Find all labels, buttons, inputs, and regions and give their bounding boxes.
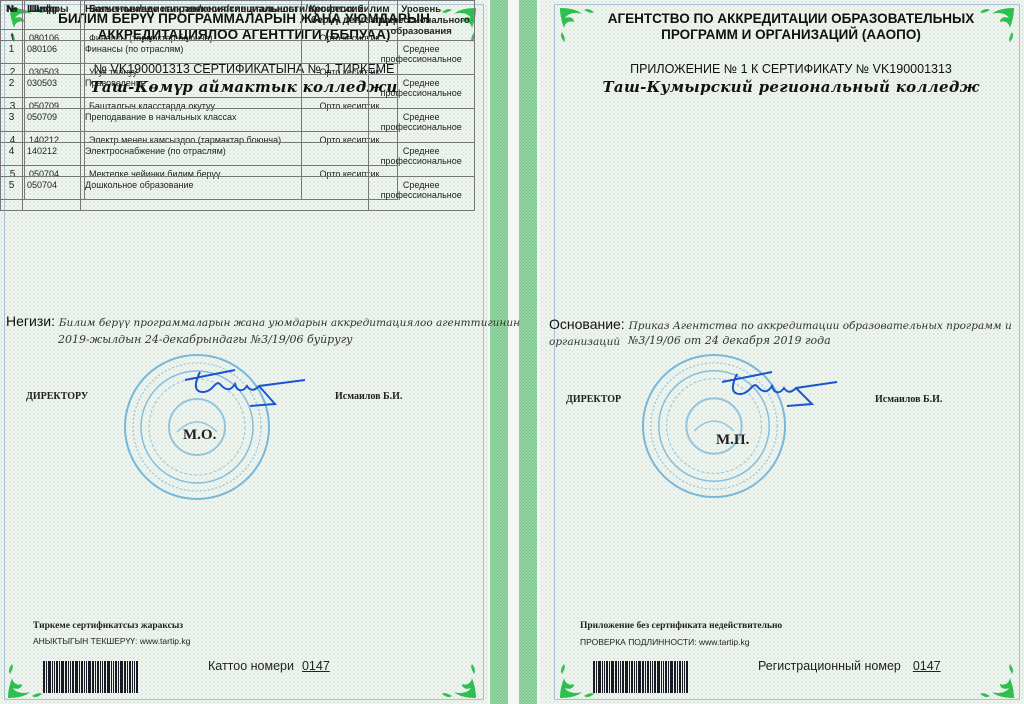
- barcode-bar: [598, 661, 601, 693]
- floral-corner-icon: [440, 662, 480, 702]
- barcode-bar: [56, 661, 58, 693]
- barcode-bar: [46, 661, 47, 693]
- specialties-table: № Шифр Наименование направления/специаль…: [0, 0, 475, 211]
- table-row: 3050709Преподавание в начальных классахС…: [1, 109, 475, 143]
- barcode-bar: [654, 661, 656, 693]
- barcode-icon: [593, 661, 689, 693]
- cell-code: 050709: [23, 109, 81, 143]
- basis-text-line2: 2019-жылдын 24-декабрындагы №3/19/06 буй…: [58, 333, 353, 346]
- seal-label: М.О.: [183, 427, 216, 444]
- barcode-bar: [111, 661, 112, 693]
- barcode-bar: [615, 661, 617, 693]
- director-name: Исмаилов Б.И.: [335, 391, 402, 402]
- barcode-bar: [650, 661, 651, 693]
- barcode-bar: [629, 661, 630, 693]
- signature-icon: [712, 364, 852, 419]
- table-row: 1080106Финансы (по отраслям)Среднее проф…: [1, 41, 475, 75]
- barcode-bar: [100, 661, 101, 693]
- director-name: Исмаилов Б.И.: [875, 394, 942, 405]
- barcode-bar: [668, 661, 669, 693]
- college-name: Таш-Кумырский региональный колледж: [540, 78, 1024, 96]
- barcode-bar: [88, 661, 91, 693]
- cell-level: Среднее профессиональное: [368, 75, 474, 109]
- barcode-bar: [684, 661, 685, 693]
- barcode-bar: [132, 661, 133, 693]
- director-title: ДИРЕКТОР: [566, 394, 621, 405]
- barcode-bar: [602, 661, 603, 693]
- barcode-bar: [97, 661, 99, 693]
- barcode-bar: [124, 661, 126, 693]
- cell-code: 140212: [23, 143, 81, 177]
- barcode-bar: [75, 661, 78, 693]
- verification-link[interactable]: ПРОВЕРКА ПОДЛИННОСТИ: www.tartip.kg: [580, 637, 750, 647]
- barcode-bar: [665, 661, 667, 693]
- col-name: Наименование направления/специальности/п…: [81, 1, 369, 41]
- basis-text: Билим берүү программаларын жана уюмдарын…: [59, 317, 520, 329]
- director-title: ДИРЕКТОРУ: [26, 391, 88, 402]
- cell-code: 080106: [23, 41, 81, 75]
- barcode-bar: [61, 661, 64, 693]
- barcode-bar: [631, 661, 633, 693]
- cell-level: Среднее профессиональное: [368, 143, 474, 177]
- barcode-bar: [611, 661, 614, 693]
- barcode-bar: [647, 661, 649, 693]
- barcode-bar: [95, 661, 96, 693]
- basis-label: Основание:: [549, 316, 625, 332]
- cell-name: Преподавание в начальных классах: [81, 109, 369, 143]
- floral-corner-icon: [4, 662, 44, 702]
- cell-name: Финансы (по отраслям): [81, 41, 369, 75]
- cell-level: Среднее профессиональное: [368, 109, 474, 143]
- cell-level: Среднее профессиональное: [368, 177, 474, 211]
- barcode-bar: [65, 661, 67, 693]
- registration-number-value: 0147: [913, 659, 941, 673]
- cell-name: Правоведение: [81, 75, 369, 109]
- cell-number: 5: [1, 177, 23, 211]
- barcode-bar: [118, 661, 119, 693]
- registration-number: Регистрационный номер0147: [758, 659, 941, 673]
- security-strip-right: [519, 0, 537, 704]
- appendix-title: ПРИЛОЖЕНИЕ № 1 К СЕРТИФИКАТУ № VK1900013…: [540, 62, 1024, 76]
- barcode-bar: [593, 661, 595, 693]
- cell-code: 050704: [23, 177, 81, 211]
- verification-link[interactable]: АНЫКТЫГЫН ТЕКШЕРҮҮ: www.tartip.kg: [33, 636, 190, 646]
- seal-label: М.П.: [716, 432, 749, 449]
- barcode-bar: [657, 661, 660, 693]
- floral-corner-icon: [978, 662, 1018, 702]
- agency-name-line: АГЕНТСТВО ПО АККРЕДИТАЦИИ ОБРАЗОВАТЕЛЬНЫ…: [558, 11, 1024, 27]
- barcode-bar: [102, 661, 103, 693]
- barcode-bar: [634, 661, 635, 693]
- signature-icon: [175, 362, 315, 417]
- barcode-bar: [68, 661, 69, 693]
- cell-name: Электроснабжение (по отраслям): [81, 143, 369, 177]
- invalid-without-certificate-note: Приложение без сертификата недействитель…: [580, 621, 782, 631]
- barcode-bar: [636, 661, 637, 693]
- barcode-bar: [609, 661, 610, 693]
- cell-number: 4: [1, 143, 23, 177]
- barcode-bar: [686, 661, 688, 693]
- barcode-bar: [127, 661, 128, 693]
- registration-number: Каттоо номери0147: [208, 659, 330, 673]
- barcode-bar: [625, 661, 628, 693]
- floral-corner-icon: [556, 662, 596, 702]
- barcode-bar: [52, 661, 53, 693]
- barcode-bar: [129, 661, 131, 693]
- barcode-bar: [677, 661, 678, 693]
- barcode-bar: [604, 661, 605, 693]
- barcode-bar: [134, 661, 135, 693]
- barcode-bar: [79, 661, 80, 693]
- registration-number-value: 0147: [302, 659, 330, 673]
- cell-number: 2: [1, 75, 23, 109]
- barcode-bar: [113, 661, 114, 693]
- barcode-bar: [638, 661, 641, 693]
- cell-number: 3: [1, 109, 23, 143]
- barcode-bar: [48, 661, 51, 693]
- barcode-bar: [674, 661, 676, 693]
- barcode-bar: [652, 661, 653, 693]
- cell-code: 030503: [23, 75, 81, 109]
- barcode-bar: [136, 661, 138, 693]
- barcode-bar: [663, 661, 664, 693]
- barcode-bar: [104, 661, 106, 693]
- cell-level: Среднее профессиональное: [368, 41, 474, 75]
- col-number: №: [1, 1, 23, 41]
- invalid-without-certificate-note: Тиркеме сертификатсыз жараксыз: [33, 621, 183, 631]
- barcode-bar: [115, 661, 117, 693]
- barcode-bar: [43, 661, 45, 693]
- barcode-bar: [86, 661, 87, 693]
- barcode-bar: [618, 661, 619, 693]
- cell-name: Дошкольное образование: [81, 177, 369, 211]
- barcode-bar: [596, 661, 597, 693]
- col-code: Шифр: [23, 1, 81, 41]
- barcode-bar: [606, 661, 608, 693]
- barcode-bar: [661, 661, 662, 693]
- col-level: Уровень профессионального образования: [368, 1, 474, 41]
- page-gap: [508, 0, 519, 704]
- barcode-bar: [81, 661, 83, 693]
- barcode-bar: [642, 661, 644, 693]
- barcode-icon: [43, 661, 139, 693]
- barcode-bar: [84, 661, 85, 693]
- agency-name-line: ПРОГРАММ И ОРГАНИЗАЦИЙ (ААОПО): [558, 27, 1024, 43]
- barcode-bar: [70, 661, 71, 693]
- barcode-bar: [54, 661, 55, 693]
- cell-number: 1: [1, 41, 23, 75]
- registration-number-label: Каттоо номери: [208, 659, 294, 673]
- barcode-bar: [682, 661, 683, 693]
- basis-text-line2: №3/19/06 от 24 декабря 2019 года: [628, 334, 831, 347]
- table-row: 5050704Дошкольное образованиеСреднее про…: [1, 177, 475, 211]
- registration-number-label: Регистрационный номер: [758, 659, 901, 673]
- barcode-bar: [59, 661, 60, 693]
- table-header-row: № Шифр Наименование направления/специаль…: [1, 1, 475, 41]
- basis-label: Негизи:: [6, 313, 55, 329]
- barcode-bar: [620, 661, 621, 693]
- barcode-bar: [622, 661, 624, 693]
- basis: Негизи: Билим берүү программаларын жана …: [6, 313, 520, 329]
- barcode-bar: [92, 661, 94, 693]
- barcode-bar: [107, 661, 110, 693]
- barcode-bar: [679, 661, 681, 693]
- agency-name: АГЕНТСТВО ПО АККРЕДИТАЦИИ ОБРАЗОВАТЕЛЬНЫ…: [540, 11, 1024, 43]
- barcode-bar: [120, 661, 123, 693]
- barcode-bar: [670, 661, 673, 693]
- barcode-bar: [72, 661, 74, 693]
- barcode-bar: [645, 661, 646, 693]
- table-row: 4140212Электроснабжение (по отраслям)Сре…: [1, 143, 475, 177]
- table-row: 2030503ПравоведениеСреднее профессиональ…: [1, 75, 475, 109]
- security-strip-left: [490, 0, 508, 704]
